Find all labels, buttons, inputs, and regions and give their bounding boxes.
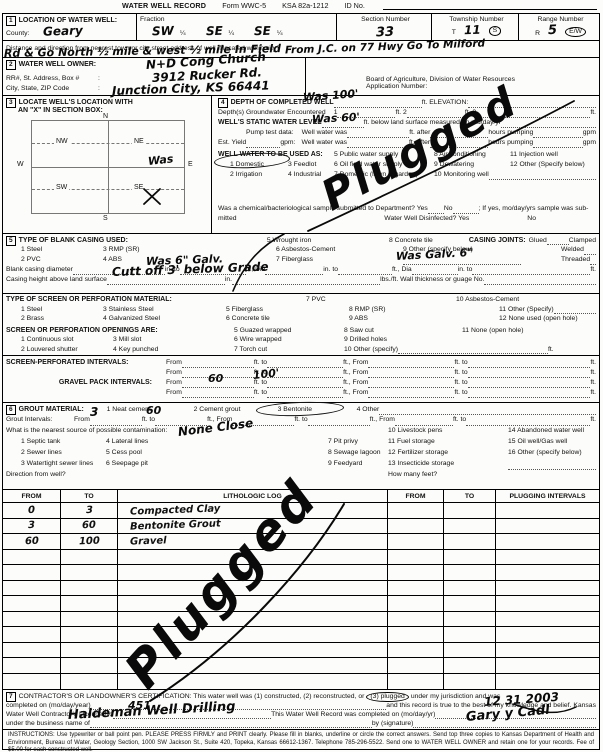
ft-after-label: ft. after — [409, 129, 430, 136]
dotted-line — [395, 419, 453, 426]
opening-option: 8 Saw cut — [344, 327, 462, 334]
dotted-line — [468, 101, 596, 108]
glued-label: Glued — [529, 237, 547, 244]
section-1-number: 1 — [6, 16, 16, 26]
dotted-line — [468, 391, 591, 398]
disinfected-label: Water Well Disinfected? Yes — [384, 215, 469, 222]
table-row — [3, 658, 599, 674]
dotted-line — [468, 361, 591, 368]
use-option: 7 Domestic (lawn & garden) — [334, 171, 434, 178]
use-option: 1 Domestic — [230, 161, 288, 168]
ft-to-label: ft. to — [454, 369, 467, 376]
section-number-label: Section Number — [340, 16, 431, 23]
hours-pumping-label: hours pumping — [488, 129, 533, 136]
ft-to-label: ft. to — [254, 369, 267, 376]
contamination-option: 7 Pit privy — [328, 438, 388, 445]
table-row — [3, 627, 599, 643]
casing-diameter-label: Blank casing diameter — [6, 266, 73, 273]
township-s-circled: S — [489, 26, 502, 36]
material-option: 7 PVC — [306, 296, 456, 303]
ft-dia-label: ft., Dia — [246, 266, 266, 273]
no-label: No — [444, 205, 453, 212]
dotted-line — [267, 381, 343, 388]
sample-question-cont: ; If yes, mo/day/yrs sample was sub- — [479, 205, 589, 212]
casing-option: 6 Asbestos-Cement — [276, 246, 403, 253]
quarter-mark: ¼ — [277, 30, 283, 37]
handwritten-to: 3 — [85, 505, 92, 516]
in-to-label: in. to — [165, 266, 180, 273]
business-name-label: under the business name of — [6, 720, 90, 727]
owner-city-label: City, State, ZIP Code — [6, 85, 98, 92]
sample-question: Was a chemical/bacteriological sample su… — [218, 205, 428, 212]
contamination-option: 15 Oil well/Gas well — [508, 438, 567, 445]
direction-from-well-label: Direction from well? — [6, 471, 388, 478]
dotted-line — [533, 141, 583, 148]
material-option: 9 ABS — [349, 315, 499, 322]
dotted-line — [91, 703, 387, 710]
opening-option: 10 Other (specify) — [344, 346, 398, 353]
section-5-heading: TYPE OF BLANK CASING USED: — [19, 237, 267, 244]
dotted-line — [368, 371, 454, 378]
ft-to-label: ft. to — [454, 379, 467, 386]
section-number-cell: Section Number 33 — [336, 14, 431, 40]
signature-label: by (signature) — [372, 720, 414, 727]
material-option: 4 Galvanized Steel — [103, 315, 226, 322]
dotted-line — [412, 268, 458, 275]
form-title: WATER WELL RECORD — [122, 1, 206, 10]
ft-to-label: ft. to — [254, 359, 267, 366]
contamination-option: 1 Septic tank — [21, 438, 106, 445]
ft-from-label: ft., From — [207, 416, 232, 423]
ft-label: ft. — [590, 266, 596, 273]
section-6-grout: 6GROUT MATERIAL:1 Neat cement2 Cement gr… — [3, 403, 599, 490]
completed-on-label: completed on (mo/day/year) — [6, 702, 91, 709]
dotted-line — [533, 131, 582, 138]
dotted-line — [73, 268, 165, 275]
dotted-line — [267, 391, 343, 398]
opening-option: 1 Continuous slot — [21, 336, 113, 343]
use-option: 3 Feedlot — [288, 161, 334, 168]
static-level-label: WELL'S STATIC WATER LEVEL — [218, 119, 322, 126]
opening-option: 11 None (open hole) — [462, 327, 523, 334]
grout-option: 4 Other — [357, 406, 380, 413]
in-to-label: in. to — [323, 266, 338, 273]
ft-label: ft. — [590, 369, 596, 376]
material-option: 3 Stainless Steel — [103, 306, 226, 313]
dotted-line — [398, 347, 548, 354]
ft-from-label: ft., From — [343, 389, 368, 396]
dotted-line — [182, 361, 254, 368]
dotted-line — [265, 268, 323, 275]
water-well-record-form: WATER WELL RECORD Form WWC-5 KSA 82a-121… — [0, 0, 603, 752]
handwritten-township: 11 — [464, 24, 481, 37]
ft-label: ft. — [590, 109, 596, 116]
certification-text-2: under my jurisdiction and was — [411, 693, 501, 700]
to-cell — [443, 519, 495, 534]
instructions-block: INSTRUCTIONS: Use typewriter or ball poi… — [3, 730, 599, 752]
township-cell: Township Number T 11 S — [431, 14, 518, 40]
openings-heading: SCREEN OR PERFORATION OPENINGS ARE: — [6, 327, 234, 334]
business-name-blank — [90, 721, 372, 728]
well-water-was-label: Well water was — [302, 129, 348, 136]
ft-2-label: ft. 2 — [395, 109, 406, 116]
from-label: From — [166, 389, 182, 396]
plugging-cell — [495, 519, 599, 534]
intervals-block: SCREEN-PERFORATED INTERVALS:Fromft. toft… — [3, 356, 599, 403]
handwritten-county: Geary — [43, 24, 83, 37]
form-number: Form WWC-5 — [222, 1, 266, 10]
grout-option: 3 Bentonite — [278, 406, 357, 413]
casing-option: 4 ABS — [103, 256, 276, 263]
clamped-label: Clamped — [569, 237, 596, 244]
contamination-question: What is the nearest source of possible c… — [6, 427, 388, 434]
casing-option: 3 RMP (SR) — [103, 246, 276, 253]
from-cell — [387, 503, 443, 518]
contamination-option: 6 Seepage pit — [106, 460, 328, 467]
contamination-option: 16 Other (specify below) — [508, 449, 582, 456]
use-option: 10 Monitoring well — [434, 171, 489, 178]
section-3-heading-1: LOCATE WELL'S LOCATION WITH — [19, 99, 133, 106]
use-option: 11 Injection well — [510, 151, 558, 158]
lithologic-log-table: FROM TO LITHOLOGIC LOG FROM TO PLUGGING … — [3, 490, 599, 690]
dotted-line — [182, 391, 254, 398]
use-option: 4 Industrial — [288, 171, 334, 178]
contamination-option: 9 Feedyard — [328, 460, 388, 467]
section-location-box: NW NE SW SE — [31, 120, 185, 214]
from-label: From — [166, 369, 182, 376]
township-t: T — [452, 29, 456, 36]
dotted-line — [468, 381, 591, 388]
use-option: 12 Other (Specify below) — [510, 161, 585, 168]
ft-to-label: ft. to — [454, 359, 467, 366]
contamination-option: 10 Livestock pens — [388, 427, 508, 434]
section-2-owner: 2WATER WELL OWNER: RR#, St. Address, Box… — [3, 58, 599, 96]
dotted-line — [554, 307, 596, 314]
use-as-label: WELL WATER TO BE USED AS: — [218, 151, 334, 158]
mitted-label: mitted — [218, 215, 237, 222]
ft-3-label: ft. 3 — [465, 109, 476, 116]
county-label: County: — [6, 30, 29, 37]
contamination-option: 4 Lateral lines — [106, 438, 328, 445]
handwritten-to: 60 — [82, 520, 96, 531]
ft-label: ft. — [590, 359, 596, 366]
lithology-cell: Compacted Clay — [117, 503, 387, 518]
signature-blank — [413, 721, 596, 728]
quadrant-sw-label: SW — [54, 184, 69, 191]
ft-to-label: ft. to — [254, 379, 267, 386]
opening-option: 4 Key punched — [113, 346, 234, 353]
contamination-option: 12 Fertilizer storage — [388, 449, 508, 456]
section-2-heading: WATER WELL OWNER: — [19, 61, 97, 68]
dotted-line — [453, 207, 479, 214]
dotted-line — [547, 238, 569, 245]
col-header-plugging-intervals: PLUGGING INTERVALS — [495, 490, 599, 502]
compass-west-label: W — [17, 161, 24, 168]
ft-after-label: ft. after — [409, 139, 430, 146]
dotted-line — [182, 371, 254, 378]
id-label: ID No. — [344, 1, 364, 10]
handwritten-lithology: Compacted Clay — [130, 503, 221, 517]
material-option: 11 Other (Specify) — [499, 306, 554, 313]
id-blank-line — [383, 1, 597, 10]
col-header-to2: TO — [443, 490, 495, 502]
material-option: 10 Asbestos-Cement — [456, 296, 519, 303]
section-box-center-horizontal — [32, 167, 184, 168]
quadrant-nw-label: NW — [54, 138, 70, 145]
certification-text-1: CONTRACTOR'S OR LANDOWNER'S CERTIFICATIO… — [19, 693, 365, 700]
dotted-line — [476, 111, 590, 118]
groundwater-label: Depth(s) Groundwater Encountered — [218, 109, 326, 116]
threaded-label: Threaded — [561, 256, 590, 263]
grout-intervals-label: Grout Intervals: — [6, 416, 74, 423]
dotted-line — [407, 111, 465, 118]
section-3-heading-2: AN "X" IN SECTION BOX: — [18, 107, 103, 114]
handwritten-fraction-3: SE — [254, 25, 271, 38]
to-cell — [443, 534, 495, 549]
dotted-line — [155, 419, 207, 426]
casing-option: 2 PVC — [21, 256, 103, 263]
well-water-was-label: Well water was — [301, 139, 347, 146]
quarter-mark: ¼ — [180, 30, 186, 37]
table-header-row: FROM TO LITHOLOGIC LOG FROM TO PLUGGING … — [3, 490, 599, 503]
handwritten-distance-1: From J.C. on 77 Hwy Go To Milford — [285, 39, 485, 56]
opening-option: 7 Torch cut — [234, 346, 344, 353]
dotted-line — [337, 111, 395, 118]
below-surface-label: ft. below land surface measured on mo/da… — [364, 119, 502, 126]
material-option: 5 Fiberglass — [226, 306, 349, 313]
license-no-label: Water Well Contractor's Licence No — [6, 711, 113, 718]
table-row — [3, 550, 599, 566]
dotted-line — [466, 419, 590, 426]
dotted-line — [232, 278, 380, 285]
compass-east-label: E — [188, 161, 193, 168]
ft-dia-label: ft., Dia — [392, 266, 412, 273]
use-option: 5 Public water supply — [334, 151, 434, 158]
distance-row: Distance and direction from nearest town… — [3, 41, 599, 58]
dotted-line — [472, 268, 590, 275]
grout-option: 2 Cement grout — [194, 406, 278, 413]
gravel-intervals-label: GRAVEL PACK INTERVALS: — [6, 379, 166, 386]
date-blank — [435, 712, 596, 719]
dotted-line — [246, 141, 280, 148]
dotted-line — [468, 371, 591, 378]
certification-text-3: and this record is true to the best of m… — [386, 702, 596, 709]
county-cell: 1LOCATION OF WATER WELL: County:Geary — [3, 14, 136, 40]
dotted-line — [267, 361, 343, 368]
contamination-option: 3 Watertight sewer lines — [21, 460, 106, 467]
material-option: 12 None used (open hole) — [499, 315, 578, 322]
lithology-cell: Bentonite Grout — [117, 519, 387, 534]
dotted-line — [232, 419, 294, 426]
quadrant-se-label: SE — [132, 184, 145, 191]
dotted-line — [338, 268, 392, 275]
handwritten-lithology: Bentonite Grout — [130, 519, 221, 533]
table-row — [3, 643, 599, 659]
use-option: 8 Air conditioning — [434, 151, 510, 158]
col-header-from: FROM — [3, 490, 60, 502]
use-option: 6 Oil field water supply — [334, 161, 434, 168]
license-blank — [113, 712, 271, 719]
dotted-line — [368, 381, 454, 388]
use-option: 2 Irrigation — [230, 171, 288, 178]
dotted-line — [107, 278, 225, 285]
owner-address-label: RR#, St. Address, Box # — [6, 75, 98, 82]
material-option: 6 Concrete tile — [226, 315, 349, 322]
section-7-number: 7 — [6, 692, 16, 702]
section-2-number: 2 — [6, 60, 16, 70]
welded-label: Welded — [561, 246, 584, 253]
section-4-depth: 4DEPTH OF COMPLETED WELLft. ELEVATION: D… — [211, 96, 599, 233]
screen-material-heading: TYPE OF SCREEN OR PERFORATION MATERIAL: — [6, 296, 306, 303]
quadrant-ne-label: NE — [132, 138, 146, 145]
use-option: 9 Dewatering — [434, 161, 510, 168]
contamination-option: 5 Cess pool — [106, 449, 328, 456]
dotted-line — [379, 408, 596, 415]
dotted-line — [322, 121, 364, 128]
dotted-line — [508, 463, 596, 470]
opening-option: 9 Drilled holes — [344, 336, 387, 343]
range-label: Range Number — [522, 16, 599, 23]
ft-from-label: ft., From — [343, 369, 368, 376]
dotted-line — [267, 371, 343, 378]
to-cell: 100 — [60, 534, 117, 549]
col-header-to: TO — [60, 490, 117, 502]
ft-to-label: ft. to — [254, 389, 267, 396]
casing-option: 7 Fiberglass — [276, 256, 403, 263]
pump-test-label: Pump test data: — [246, 129, 294, 136]
material-option: 2 Brass — [21, 315, 103, 322]
table-row — [3, 581, 599, 597]
to-cell: 60 — [60, 519, 117, 534]
instructions-text: INSTRUCTIONS: Use typewriter or ball poi… — [3, 730, 599, 752]
ft-label: ft. — [548, 346, 554, 353]
opening-option: 6 Wire wrapped — [234, 336, 344, 343]
section-3-4-row: 3LOCATE WELL'S LOCATION WITH AN "X" IN S… — [3, 96, 599, 234]
owner-cell: 2WATER WELL OWNER: RR#, St. Address, Box… — [3, 58, 305, 95]
to-cell: 3 — [60, 503, 117, 518]
casing-height-label: Casing height above land surface — [6, 276, 107, 283]
opening-option: 3 Mill slot — [113, 336, 234, 343]
handwritten-from: 60 — [24, 536, 38, 547]
to-cell — [443, 503, 495, 518]
fraction-cell: Fraction SW¼ SE¼ SE¼ — [136, 14, 336, 40]
casing-option: 9 Other (specify below) — [403, 246, 521, 253]
fraction-label: Fraction — [140, 16, 165, 23]
table-row: 0 3 Compacted Clay — [3, 503, 599, 519]
section-6-heading: GROUT MATERIAL: — [19, 406, 107, 413]
casing-option: 5 Wrought iron — [267, 237, 389, 244]
plugging-cell — [495, 503, 599, 518]
distance-label: Distance and direction from nearest town… — [6, 45, 280, 52]
section-3-number: 3 — [6, 98, 16, 108]
ft-from-label: ft., From — [343, 379, 368, 386]
ft-label: ft. — [590, 416, 596, 423]
est-yield-label: Est. Yield — [218, 139, 246, 146]
dotted-line — [182, 381, 254, 388]
range-cell: Range Number R 5 E/W — [518, 14, 599, 40]
dotted-line — [368, 361, 454, 368]
range-ew-circled: E/W — [565, 27, 586, 37]
form-title-bar: WATER WELL RECORD Form WWC-5 KSA 82a-121… — [0, 1, 597, 10]
material-option: 1 Steel — [21, 306, 103, 313]
table-row: 3 60 Bentonite Grout — [3, 519, 599, 535]
contamination-option: 13 Insecticide storage — [388, 460, 508, 467]
contamination-option: 8 Sewage lagoon — [328, 449, 388, 456]
col-header-from2: FROM — [387, 490, 443, 502]
section-4-number: 4 — [218, 98, 228, 108]
colon: : — [98, 75, 100, 82]
section-5-number: 5 — [6, 236, 16, 246]
col-header-lithologic-log: LITHOLOGIC LOG — [117, 490, 387, 502]
quarter-mark: ¼ — [228, 30, 234, 37]
record-completed-label: This Water Well Record was completed on … — [271, 711, 435, 718]
section-4-heading: DEPTH OF COMPLETED WELL — [231, 99, 334, 106]
section-6-number: 6 — [6, 405, 16, 415]
handwritten-to: 100 — [78, 535, 99, 547]
handwritten-lithology: Gravel — [130, 535, 167, 547]
screen-perforation-block: TYPE OF SCREEN OR PERFORATION MATERIAL:7… — [3, 294, 599, 356]
in-label: in. — [225, 276, 232, 283]
casing-joints-label: CASING JOINTS: — [469, 237, 526, 244]
contamination-option: 2 Sewer lines — [21, 449, 106, 456]
gpm-label: gpm — [583, 139, 596, 146]
dotted-line — [180, 268, 246, 275]
table-row — [3, 596, 599, 612]
dotted-line — [430, 141, 488, 148]
application-number-label: Application Number: — [366, 83, 599, 90]
board-of-agriculture-label: Board of Agriculture, Division of Water … — [366, 76, 599, 83]
ft-from-label: ft., From — [370, 416, 395, 423]
compass-south-label: S — [103, 215, 108, 222]
colon: : — [98, 85, 100, 92]
handwritten-fraction-1: SW — [152, 25, 174, 38]
dotted-line — [334, 101, 422, 108]
wall-thickness-label: lbs./ft. Wall thickness or guage No. — [380, 276, 484, 283]
handwritten-from: 3 — [28, 520, 35, 531]
handwritten-section-number: 33 — [376, 26, 395, 40]
table-row — [3, 612, 599, 628]
in-to-label: in. to — [458, 266, 473, 273]
opening-option: 2 Louvered shutter — [21, 346, 113, 353]
ft-from-label: ft., From — [343, 359, 368, 366]
section-1-location: 1LOCATION OF WATER WELL: County:Geary Fr… — [3, 14, 599, 41]
dotted-line — [590, 258, 596, 265]
gpm-label: gpm — [583, 129, 596, 136]
section-7-certification: 7CONTRACTOR'S OR LANDOWNER'S CERTIFICATI… — [3, 690, 599, 730]
table-row — [3, 674, 599, 690]
from-cell: 0 — [3, 503, 60, 518]
handwritten-range: 5 — [548, 24, 557, 37]
from-cell: 60 — [3, 534, 60, 549]
ft-to-label: ft. to — [294, 416, 307, 423]
grout-option: 1 Neat cement — [107, 406, 194, 413]
disinfected-no-label: No — [527, 215, 536, 222]
dotted-line — [501, 121, 596, 128]
dotted-line — [489, 173, 596, 180]
dotted-line — [347, 141, 409, 148]
from-cell — [387, 519, 443, 534]
dotted-line — [90, 419, 142, 426]
from-label: From — [74, 416, 90, 423]
form-ksa: KSA 82a-1212 — [282, 1, 328, 10]
dotted-line — [584, 248, 596, 255]
section-5-casing: 5TYPE OF BLANK CASING USED:5 Wrought iro… — [3, 234, 599, 294]
screen-intervals-label: SCREEN-PERFORATED INTERVALS: — [6, 359, 166, 366]
dotted-line — [347, 131, 409, 138]
from-label: From — [166, 379, 182, 386]
range-r: R — [535, 30, 540, 37]
from-label: From — [166, 359, 182, 366]
